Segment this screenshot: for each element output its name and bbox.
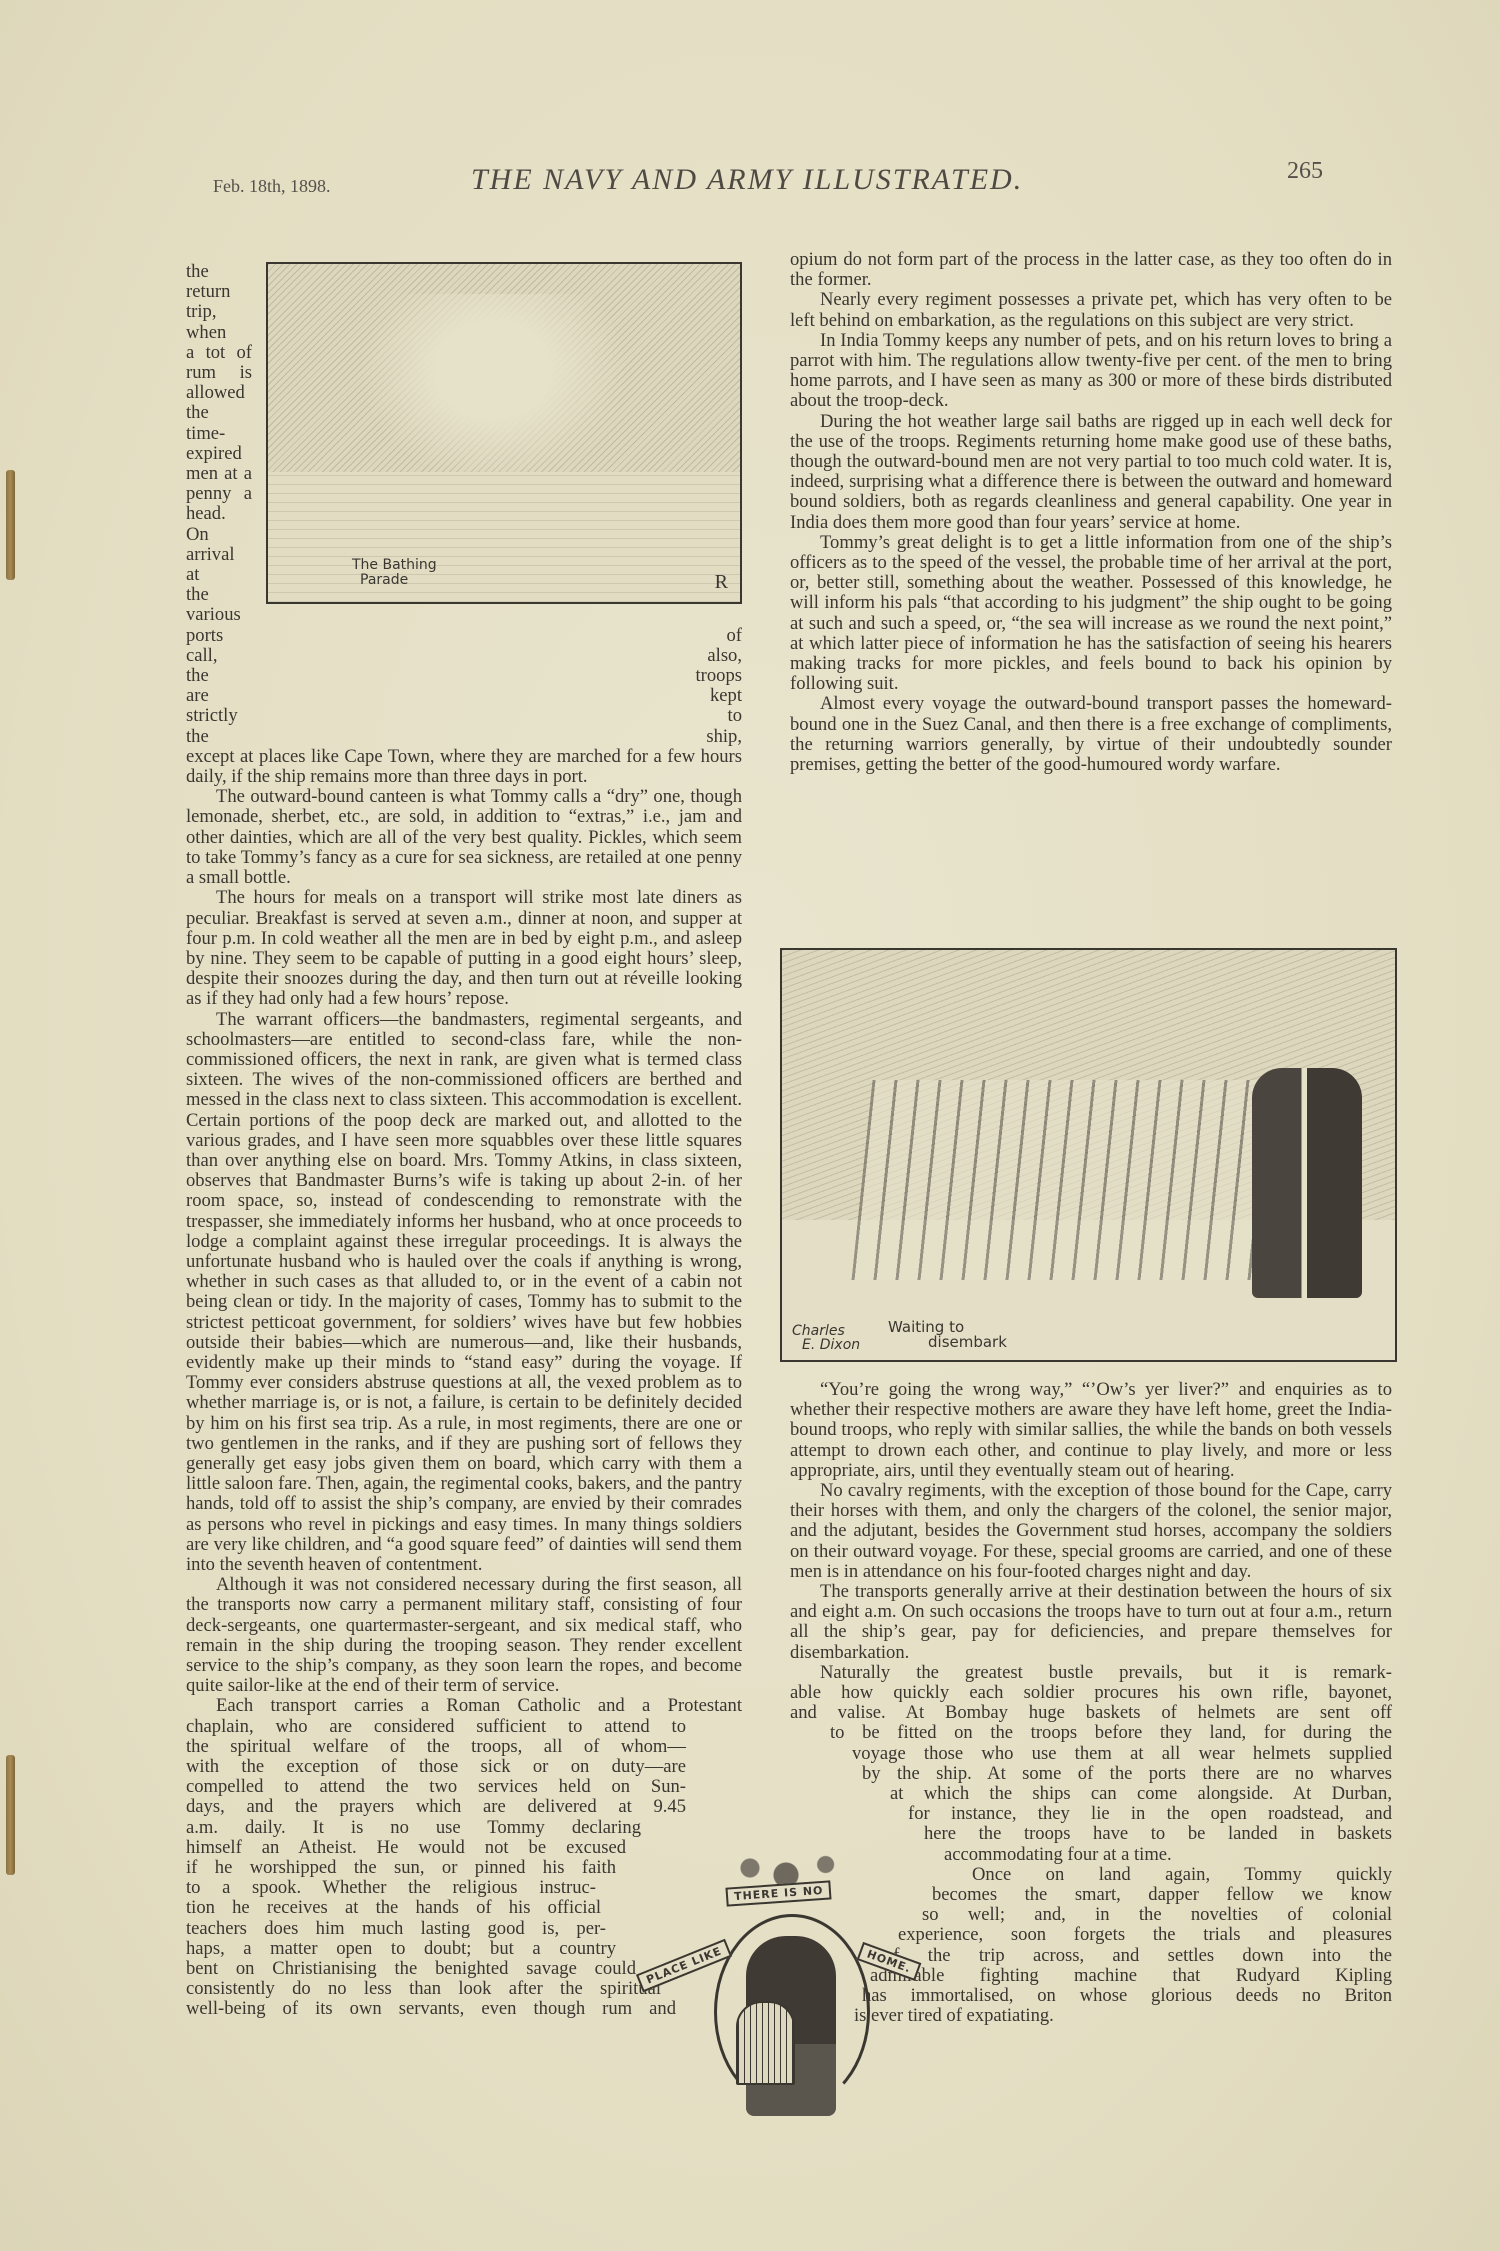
paragraph: The hours for meals on a transport will … — [186, 888, 742, 1009]
waiting-to-disembark-illustration: Charles E. Dixon Waiting to disembark — [780, 948, 1397, 1362]
officer-and-lady — [1252, 1068, 1362, 1298]
deck-floor — [268, 472, 740, 602]
paragraph: No cavalry regiments, with the exception… — [790, 1481, 1392, 1582]
paragraph: opium do not form part of the process in… — [790, 250, 1392, 290]
paragraph: Although it was not considered necessary… — [186, 1575, 742, 1696]
publication-title: THE NAVY AND ARMY ILLUSTRATED. — [471, 163, 1023, 197]
no-place-like-home-vignette: THERE IS NO PLACE LIKE HOME. — [636, 1826, 936, 2136]
paragraph: Almost every voyage the outward-bound tr… — [790, 694, 1392, 775]
left-column: The Bathing Parade R the return trip, wh… — [186, 262, 742, 2020]
paragraph: “You’re going the wrong way,” “’Ow’s yer… — [790, 1380, 1392, 1481]
page-number: 265 — [1287, 158, 1323, 185]
paragraph: Nearly every regiment possesses a privat… — [790, 290, 1392, 330]
issue-date: Feb. 18th, 1898. — [213, 176, 331, 197]
bathing-parade-illustration: The Bathing Parade R — [266, 262, 742, 604]
paragraph: The transports generally arrive at their… — [790, 1582, 1392, 1663]
banner-right: HOME. — [857, 1942, 922, 1981]
paragraph: Tommy’s great delight is to get a little… — [790, 533, 1392, 695]
paragraph: The warrant officers—the bandmasters, re… — [186, 1010, 742, 1576]
artist-monogram: R — [715, 572, 728, 592]
paragraph: The outward-bound canteen is what Tommy … — [186, 787, 742, 888]
water-spray — [358, 294, 628, 484]
artist-signature: Charles E. Dixon — [792, 1324, 860, 1352]
binding-mark-upper — [6, 470, 15, 580]
paragraph: During the hot weather large sail baths … — [790, 412, 1392, 533]
paragraph: In India Tommy keeps any number of pets,… — [790, 331, 1392, 412]
waiting-caption: Waiting to disembark — [888, 1320, 1007, 1350]
soldiers-in-line — [851, 1080, 1272, 1280]
right-column-top: opium do not form part of the process in… — [790, 250, 1392, 775]
bathing-caption: The Bathing Parade — [352, 558, 437, 588]
paragraph: except at places like Cape Town, where t… — [186, 747, 742, 787]
binding-mark-lower — [6, 1755, 15, 1875]
parrot-cage-icon — [736, 2001, 795, 2085]
